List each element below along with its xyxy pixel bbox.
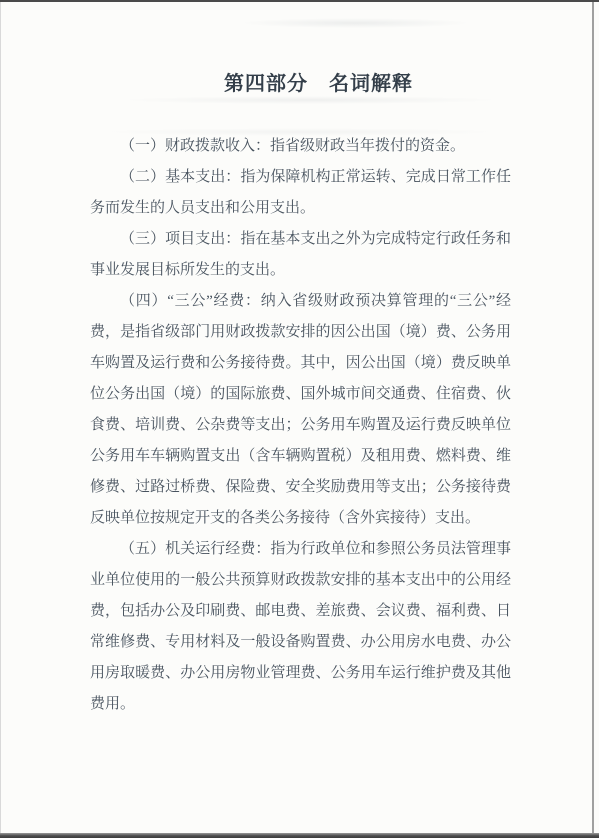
definition-three-public-funds: （四）“三公”经费：纳入省级财政预决算管理的“三公”经费，是指省级部门用财政拨款… (90, 286, 511, 534)
scan-artifact (240, 18, 470, 28)
definition-project-expenditure: （三）项目支出：指在基本支出之外为完成特定行政任务和事业发展目标所发生的支出。 (90, 224, 511, 286)
scan-edge-right (592, 2, 594, 833)
definition-agency-operating-funds: （五）机关运行经费：指为行政单位和参照公务员法管理事业单位使用的一般公共预算财政… (90, 534, 511, 720)
document-title: 第四部分 名词解释 (108, 71, 529, 97)
definition-financial-appropriation-income: （一）财政拨款收入：指省级财政当年拨付的资金。 (90, 131, 511, 162)
scan-edge-left (0, 2, 1, 833)
document-body: （一）财政拨款收入：指省级财政当年拨付的资金。 （二）基本支出：指为保障机构正常… (90, 131, 511, 720)
scan-edge-top (0, 0, 599, 2)
scan-artifact (120, 96, 500, 104)
scan-edge-bottom (0, 833, 599, 838)
definition-basic-expenditure: （二）基本支出：指为保障机构正常运转、完成日常工作任务而发生的人员支出和公用支出… (90, 162, 511, 224)
scanned-document-page: 第四部分 名词解释 （一）财政拨款收入：指省级财政当年拨付的资金。 （二）基本支… (0, 0, 599, 838)
